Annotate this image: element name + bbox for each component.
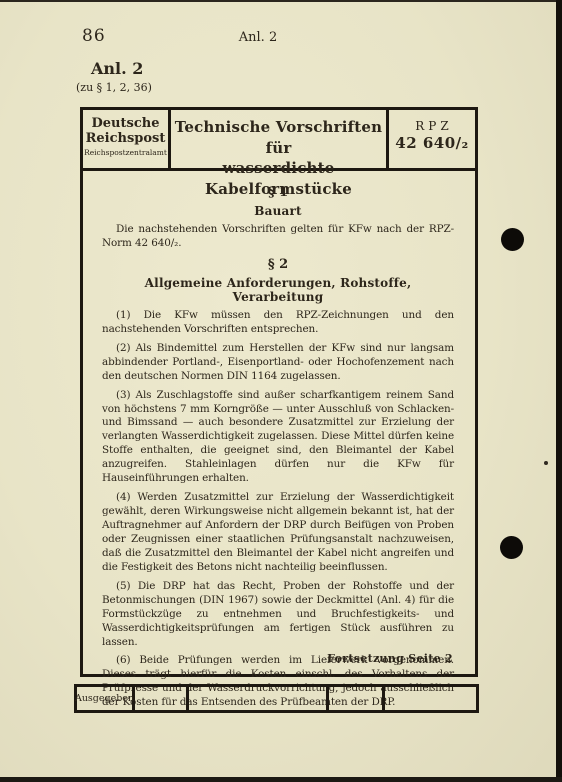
section-2-paragraph-2: (2) Als Bindemittel zum Herstellen der K… — [102, 342, 454, 384]
annex-label: Anl. 2 — [91, 59, 143, 78]
specification-box: Deutsche Reichspost Reichspostzentralamt… — [80, 107, 478, 677]
section-2-title: Allgemeine Anforderungen, Rohstoffe, Ver… — [102, 276, 454, 304]
scanned-document-page: 86 Anl. 2 Anl. 2 (zu § 1, 2, 36) Deutsch… — [0, 0, 562, 782]
header-cell-organization: Deutsche Reichspost Reichspostzentralamt — [83, 110, 171, 168]
section-1-title: Bauart — [102, 204, 454, 218]
header-cell-norm: RPZ 42 640/₂ — [389, 110, 475, 168]
section-2-paragraph-4: (4) Werden Zusatzmittel zur Erzielung de… — [102, 491, 454, 575]
header-table: Deutsche Reichspost Reichspostzentralamt… — [83, 110, 475, 171]
section-2-number: § 2 — [102, 257, 454, 272]
org-name-line1: Deutsche — [83, 117, 168, 132]
empty-cell-1 — [135, 687, 189, 710]
norm-number: 42 640/₂ — [389, 134, 475, 152]
section-2-paragraph-3: (3) Als Zuschlagstoffe sind außer scharf… — [102, 389, 454, 487]
scan-edge-top — [0, 0, 562, 2]
header-cell-title: Technische Vorschriften für wasserdichte… — [171, 110, 389, 168]
empty-cell-2 — [189, 687, 329, 710]
norm-code: RPZ — [389, 119, 475, 133]
punch-hole-top — [501, 228, 524, 251]
org-name-line2: Reichspost — [83, 132, 168, 147]
issue-record-table: Ausgegeben — [74, 684, 479, 713]
scan-speck — [544, 461, 548, 465]
section-2-paragraph-5: (5) Die DRP hat das Recht, Proben der Ro… — [102, 580, 454, 650]
empty-cell-4 — [385, 687, 476, 710]
empty-cell-3 — [329, 687, 385, 710]
scan-edge-bottom — [0, 777, 562, 782]
section-1-number: § 1 — [102, 185, 454, 200]
running-header: Anl. 2 — [0, 30, 516, 45]
section-2-paragraph-1: (1) Die KFw müssen den RPZ-Zeichnungen u… — [102, 309, 454, 337]
punch-hole-bottom — [500, 536, 523, 559]
section-1-paragraph-1: Die nachstehenden Vorschriften gelten fü… — [102, 223, 454, 251]
document-body: § 1 Bauart Die nachstehenden Vorschrifte… — [83, 171, 475, 710]
issued-label-cell: Ausgegeben — [77, 687, 135, 710]
annex-reference: (zu § 1, 2, 36) — [76, 81, 152, 94]
scan-edge-right — [556, 0, 562, 782]
org-subtitle: Reichspostzentralamt — [83, 148, 168, 157]
document-title-line1: Technische Vorschriften für — [171, 117, 386, 158]
continuation-note: Fortsetzung Seite 2 — [327, 652, 453, 665]
